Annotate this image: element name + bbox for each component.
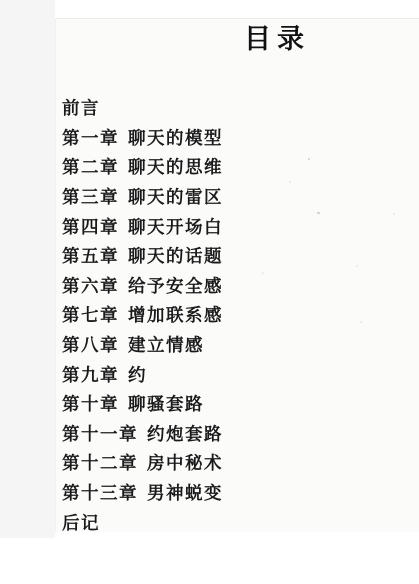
toc-item-chapter: 第一章 [62, 125, 119, 150]
toc-item-chapter: 第九章 [62, 362, 119, 387]
toc-item: 第十二章 房中秘术 [62, 448, 419, 478]
toc-item-chapter: 第六章 [62, 273, 119, 298]
scan-speck [360, 321, 362, 323]
scan-speck [356, 265, 358, 267]
toc-item-chapter: 前言 [62, 95, 100, 120]
scan-speck [393, 213, 395, 215]
toc-item-title: 聊天的话题 [128, 243, 223, 268]
toc-item-title: 房中秘术 [147, 450, 223, 475]
toc-item-chapter: 第十二章 [62, 450, 138, 475]
scanned-page-view: 目录 前言 第一章 聊天的模型 第二章 聊天的思维 第三章 聊天的雷区 第四章 … [0, 0, 419, 584]
toc-item-chapter: 第二章 [62, 154, 119, 179]
toc-item-title: 约炮套路 [147, 421, 223, 446]
scan-gutter [0, 0, 55, 538]
toc-item: 第七章 增加联系感 [62, 300, 419, 330]
scan-speck [289, 181, 291, 183]
toc-item: 第十一章 约炮套路 [62, 419, 419, 449]
page-title: 目录 [244, 17, 310, 56]
toc-item-chapter: 第十一章 [62, 421, 138, 446]
toc-item: 第五章 聊天的话题 [62, 241, 419, 271]
toc-item-chapter: 后记 [62, 510, 100, 535]
toc-item: 第六章 给予安全感 [62, 271, 419, 301]
toc-item-chapter: 第十章 [62, 391, 119, 416]
toc-item-chapter: 第四章 [62, 214, 119, 239]
toc-item: 第二章 聊天的思维 [62, 152, 419, 182]
toc-item: 第十三章 男神蜕变 [62, 478, 419, 508]
toc-item: 第四章 聊天开场白 [62, 211, 419, 241]
book-page: 目录 前言 第一章 聊天的模型 第二章 聊天的思维 第三章 聊天的雷区 第四章 … [55, 18, 419, 532]
toc-item: 第九章 约 [62, 359, 419, 389]
toc-item-title: 给予安全感 [128, 273, 223, 298]
toc-item-title: 约 [128, 362, 147, 387]
toc-item: 后记 [62, 507, 419, 537]
toc-item: 第八章 建立情感 [62, 330, 419, 360]
scan-speck [317, 212, 320, 214]
toc-item-title: 聊天的模型 [128, 125, 223, 150]
toc-item-chapter: 第十三章 [62, 480, 138, 505]
toc-item: 第十章 聊骚套路 [62, 389, 419, 419]
toc-item-title: 聊天的雷区 [128, 184, 223, 209]
toc-item-chapter: 第三章 [62, 184, 119, 209]
toc-item-title: 聊骚套路 [128, 391, 204, 416]
toc-item-chapter: 第五章 [62, 243, 119, 268]
toc-item-title: 聊天开场白 [128, 214, 223, 239]
toc-item: 第一章 聊天的模型 [62, 123, 419, 153]
scan-speck [262, 272, 264, 274]
toc-item: 前言 [62, 93, 419, 123]
toc-item-title: 增加联系感 [128, 302, 223, 327]
scan-speck [308, 158, 310, 160]
toc-item-title: 聊天的思维 [128, 154, 223, 179]
toc-item-title: 建立情感 [128, 332, 204, 357]
toc-item-chapter: 第七章 [62, 302, 119, 327]
toc-list: 前言 第一章 聊天的模型 第二章 聊天的思维 第三章 聊天的雷区 第四章 聊天开… [62, 93, 419, 537]
toc-item: 第三章 聊天的雷区 [62, 182, 419, 212]
toc-item-chapter: 第八章 [62, 332, 119, 357]
toc-item-title: 男神蜕变 [147, 480, 223, 505]
